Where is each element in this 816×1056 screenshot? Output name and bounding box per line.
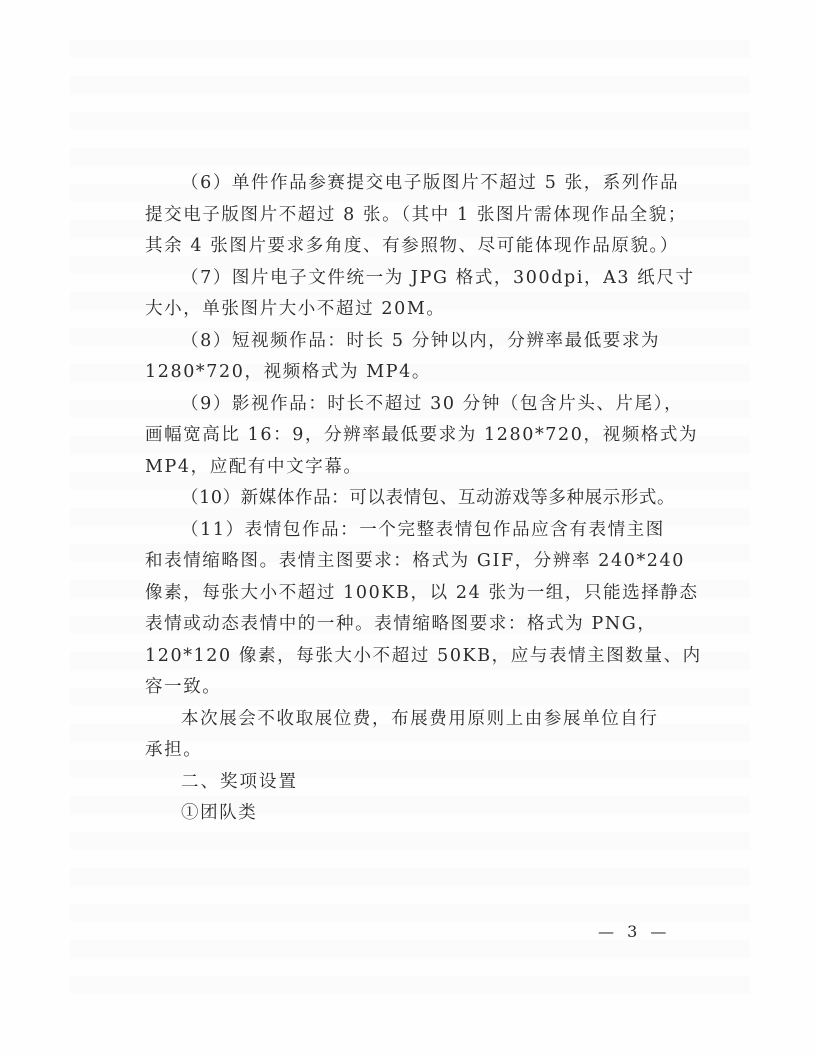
item-11-line-5: 120*120 像素，每张大小不超过 50KB，应与表情主图数量、内 (145, 641, 675, 673)
item-9-line-2: 画幅宽高比 16：9，分辨率最低要求为 1280*720，视频格式为 (145, 420, 675, 452)
subsection-team-category: ①团队类 (145, 798, 675, 830)
fee-paragraph-line-2: 承担。 (145, 735, 675, 767)
item-6-line-2: 提交电子版图片不超过 8 张。（其中 1 张图片需体现作品全貌； (145, 200, 675, 232)
document-body: （6）单件作品参赛提交电子版图片不超过 5 张，系列作品 提交电子版图片不超过 … (145, 168, 675, 830)
item-6-line-3: 其余 4 张图片要求多角度、有参照物、尽可能体现作品原貌。） (145, 231, 675, 263)
fee-paragraph-line-1: 本次展会不收取展位费，布展费用原则上由参展单位自行 (145, 704, 675, 736)
item-7-line-1: （7）图片电子文件统一为 JPG 格式，300dpi，A3 纸尺寸 (145, 263, 675, 295)
item-7-line-2: 大小，单张图片大小不超过 20M。 (145, 294, 675, 326)
item-10-line-1: （10）新媒体作品：可以表情包、互动游戏等多种展示形式。 (145, 483, 675, 515)
item-11-line-2: 和表情缩略图。表情主图要求：格式为 GIF，分辨率 240*240 (145, 546, 675, 578)
item-9-line-3: MP4，应配有中文字幕。 (145, 452, 675, 484)
item-11-line-3: 像素，每张大小不超过 100KB，以 24 张为一组，只能选择静态 (145, 578, 675, 610)
item-11-line-1: （11）表情包作品：一个完整表情包作品应含有表情主图 (145, 515, 675, 547)
item-6-line-1: （6）单件作品参赛提交电子版图片不超过 5 张，系列作品 (145, 168, 675, 200)
item-11-line-4: 表情或动态表情中的一种。表情缩略图要求：格式为 PNG， (145, 609, 675, 641)
item-8-line-2: 1280*720，视频格式为 MP4。 (145, 357, 675, 389)
document-page: （6）单件作品参赛提交电子版图片不超过 5 张，系列作品 提交电子版图片不超过 … (0, 0, 816, 1056)
item-9-line-1: （9）影视作品：时长不超过 30 分钟（包含片头、片尾）， (145, 389, 675, 421)
item-8-line-1: （8）短视频作品：时长 5 分钟以内，分辨率最低要求为 (145, 326, 675, 358)
section-heading-awards: 二、奖项设置 (145, 767, 675, 799)
item-11-line-6: 容一致。 (145, 672, 675, 704)
page-number: — 3 — (598, 922, 670, 941)
